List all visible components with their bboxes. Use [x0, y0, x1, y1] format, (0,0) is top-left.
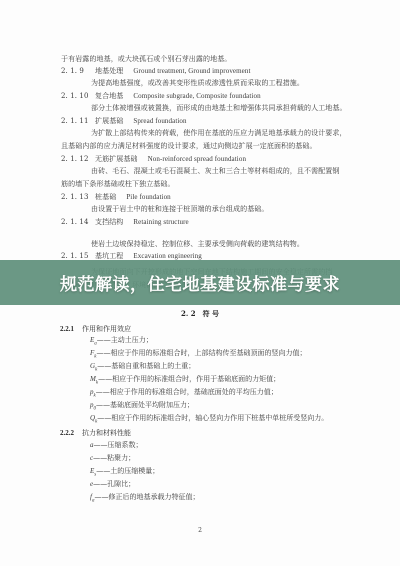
intro-text: 于有岩露的地基，或大块孤石或个别石芽出露的地基。: [61, 55, 231, 64]
term-number: 2. 1. 12: [61, 155, 95, 164]
term-definition: 由设置于岩土中的桩和连接于桩顶端的承台组成的基础。: [91, 205, 269, 214]
term-heading: 2. 1. 11扩展基础Spread foundation: [61, 117, 187, 126]
term-en: Spread foundation: [133, 117, 186, 125]
term-en: Ground treatment, Ground improvement: [133, 67, 250, 75]
term-heading: 2. 1. 14支挡结构Retaining structure: [61, 218, 189, 227]
subsection-heading: 2.2.1作用和作用效应: [60, 324, 131, 334]
symbol-row: Gk——基础自重和基础上的土重；: [90, 362, 195, 374]
term-cn: 支挡结构: [95, 218, 123, 226]
term-heading: 2. 1. 10复合地基Composite subgrade, Composit…: [61, 92, 261, 101]
term-definition: 筋的墙下条形基础或柱下独立基础。: [61, 180, 175, 189]
term-en: Pile foundation: [126, 193, 170, 201]
term-definition: 部分土体被增强或被置换，而形成的由地基土和增强体共同承担荷载的人工地基。: [91, 104, 347, 113]
subsection-title: 作用和作用效应: [82, 325, 131, 333]
symbol-row: c——粘聚力；: [90, 454, 135, 466]
subsection-number: 2.2.2: [60, 429, 74, 437]
symbol-row: Qk——相应于作用的标准组合时，轴心竖向力作用下桩基中单桩所受竖向力。: [90, 414, 328, 426]
term-cn: 扩展基础: [95, 117, 123, 125]
symbol-desc: ——粘聚力；: [93, 454, 135, 462]
symbol: Mk: [90, 375, 98, 383]
symbol-desc: ——相应于作用的标准组合时，轴心竖向力作用下桩基中单桩所受竖向力。: [97, 414, 328, 422]
term-number: 2. 1. 13: [61, 193, 95, 202]
term-heading: 2. 1. 9地基处理Ground treatment, Ground impr…: [61, 67, 251, 76]
term-cn: 基坑工程: [95, 252, 123, 260]
subsection-number: 2.2.1: [60, 325, 74, 333]
term-number: 2. 1. 9: [61, 67, 95, 76]
term-cn: 地基处理: [95, 67, 123, 75]
symbol-desc: ——压缩系数；: [94, 441, 143, 449]
term-number: 2. 1. 14: [61, 218, 95, 227]
term-heading: 2. 1. 13桩基础Pile foundation: [61, 193, 171, 202]
symbol-row: Fk——相应于作用的标准组合时，上部结构传至基础顶面的竖向力值；: [90, 349, 307, 361]
symbol-row: p0——基础底面处平均附加压力；: [90, 401, 194, 413]
symbol-desc: ——基础自重和基础上的土重；: [97, 362, 195, 370]
symbol-desc: ——基础底面处平均附加压力；: [96, 401, 194, 409]
term-definition: 由砖、毛石、混凝土或毛石混凝土、灰土和三合土等材料组成的，且不需配置钢: [91, 167, 340, 176]
term-definition: 且基础内部的应力满足材料强度的设计要求，通过向侧边扩展一定底面积的基础。: [61, 142, 317, 151]
symbol-desc: ——修正后的地基承载力特征值；: [94, 493, 199, 501]
term-cn: 桩基础: [95, 193, 116, 201]
subsection-title: 抗力和材料性能: [82, 429, 131, 437]
banner-title: 规范解读，住宅地基建设标准与要求: [60, 270, 340, 295]
term-number: 2. 1. 10: [61, 92, 95, 101]
term-cn: 无筋扩展基础: [95, 155, 138, 163]
symbol-row: Mk——相应于作用的标准组合时，作用于基础底面的力矩值；: [90, 375, 280, 387]
symbol-desc: ——主动土压力；: [97, 336, 153, 344]
term-en: Excavation engineering: [133, 252, 201, 260]
symbol-row: Ea——主动土压力；: [90, 336, 153, 348]
term-en: Non-reinforced spread foundation: [148, 155, 246, 163]
symbol-row: fa——修正后的地基承载力特征值；: [90, 493, 199, 505]
term-number: 2. 1. 11: [61, 117, 95, 126]
subsection-heading: 2.2.2抗力和材料性能: [60, 428, 131, 438]
section-title: 2. 2 符 号: [0, 309, 400, 319]
symbol-row: pk——相应于作用的标准组合时，基础底面处的平均压力值；: [90, 388, 278, 400]
term-definition: 为提高地基强度，或改善其变形性质或渗透性质而采取的工程措施。: [91, 79, 304, 88]
symbol-row: e——孔隙比；: [90, 480, 135, 492]
symbol-desc: ——孔隙比；: [93, 480, 135, 488]
term-definition: 使岩土边坡保持稳定、控制位移、主要承受侧向荷载的建筑结构物。: [91, 240, 304, 249]
term-en: Retaining structure: [133, 218, 188, 226]
term-heading: 2. 1. 12无筋扩展基础Non-reinforced spread foun…: [61, 155, 246, 164]
symbol-row: Es——土的压缩模量；: [90, 467, 159, 479]
symbol-desc: ——相应于作用的标准组合时，上部结构传至基础顶面的竖向力值；: [97, 349, 307, 357]
symbol-desc: ——土的压缩模量；: [96, 467, 159, 475]
symbol: Ea: [90, 336, 97, 344]
title-banner: 规范解读，住宅地基建设标准与要求: [0, 260, 400, 305]
term-definition: 为扩散上部结构传来的荷载，使作用在基底的压应力满足地基承载力的设计要求，: [91, 129, 347, 138]
symbol-desc: ——相应于作用的标准组合时，基础底面处的平均压力值；: [96, 388, 278, 396]
term-cn: 复合地基: [95, 92, 123, 100]
symbol-row: a——压缩系数；: [90, 441, 143, 453]
term-en: Composite subgrade, Composite foundation: [133, 92, 260, 100]
page-number: 2: [0, 527, 400, 534]
symbol-desc: ——相应于作用的标准组合时，作用于基础底面的力矩值；: [98, 375, 280, 383]
